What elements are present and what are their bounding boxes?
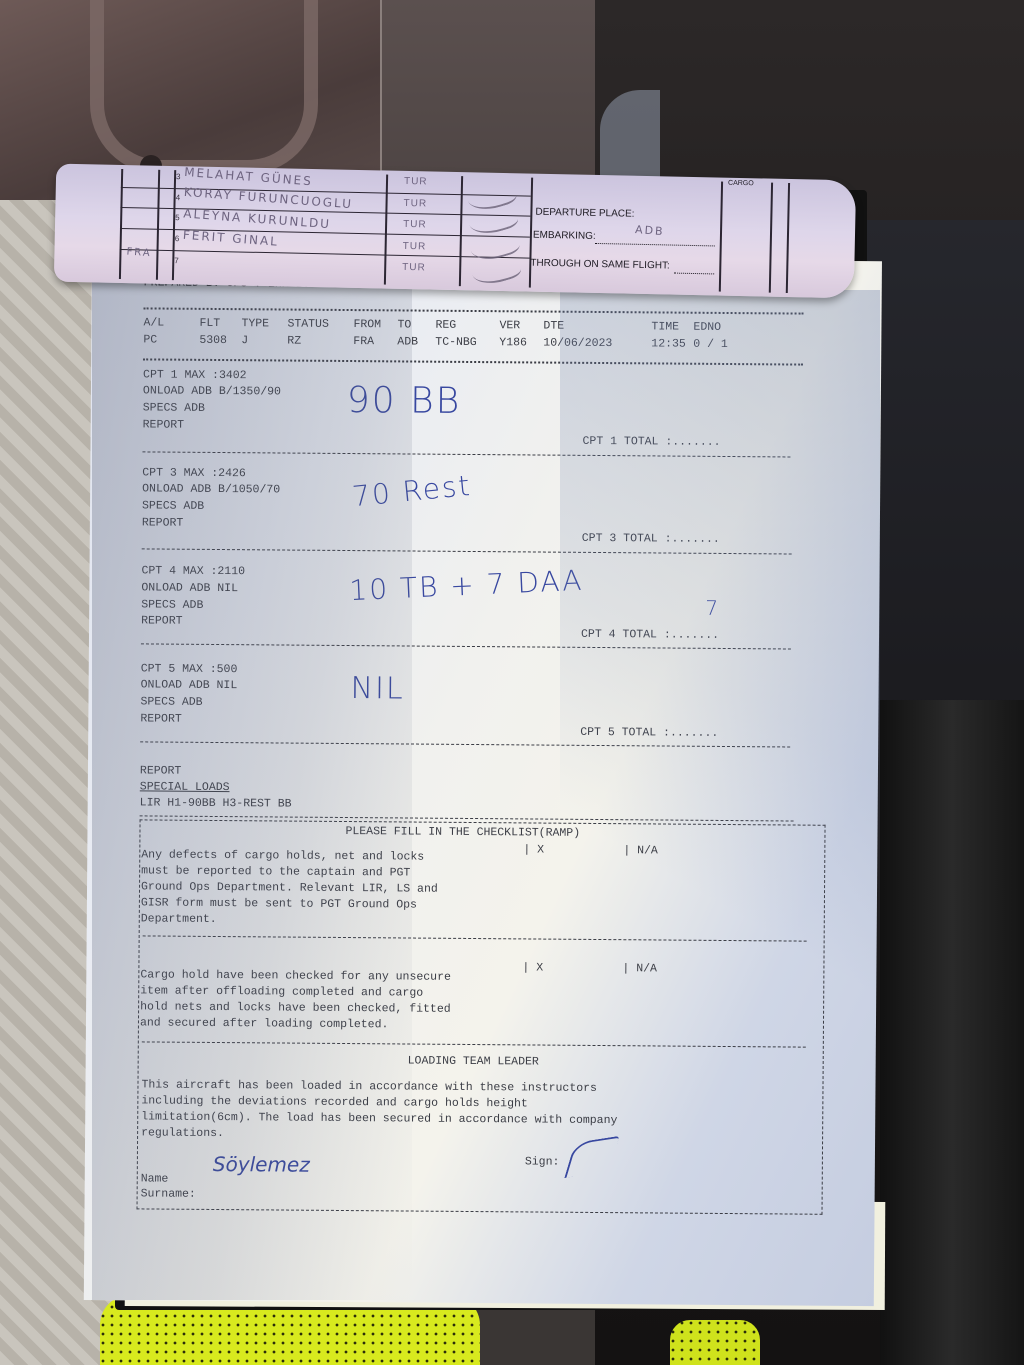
separator bbox=[142, 451, 790, 457]
background-strap bbox=[880, 700, 1024, 1365]
cpt4-handwritten-note: 7 bbox=[705, 600, 720, 617]
background-cabinet bbox=[860, 220, 1024, 720]
hi-vis-vest-fragment bbox=[670, 1320, 760, 1365]
cpt3-onload: ONLOAD ADB B/1050/70 bbox=[142, 481, 280, 499]
value-edno: 0 / 1 bbox=[693, 337, 743, 354]
checklist-item-1-option-na[interactable]: | N/A bbox=[623, 843, 658, 860]
value-dte: 10/06/2023 bbox=[543, 336, 651, 353]
cpt3-report: REPORT bbox=[142, 515, 184, 532]
cpt4-handwritten-entry: 10 TB + 7 DAA bbox=[349, 573, 584, 600]
header-flt: FLT bbox=[199, 316, 241, 333]
flight-value-row: PC 5308 J RZ FRA ADB TC-NBG Y186 10/06/2… bbox=[143, 332, 743, 353]
header-edno: EDNO bbox=[693, 320, 743, 337]
value-al: PC bbox=[143, 332, 199, 349]
cpt5-max: CPT 5 MAX :500 bbox=[141, 661, 238, 678]
cpt1-max: CPT 1 MAX :3402 bbox=[143, 367, 247, 384]
surname-label: Surname: bbox=[141, 1186, 196, 1203]
cpt4-max: CPT 4 MAX :2110 bbox=[141, 563, 245, 580]
passenger-nationality: TUR bbox=[403, 219, 427, 230]
cpt3-handwritten-entry: 70 Rest bbox=[352, 478, 473, 506]
value-from: FRA bbox=[353, 334, 397, 351]
lir-line: LIR H1-90BB H3-REST BB bbox=[140, 795, 292, 813]
checklist-item-2-option-na[interactable]: | N/A bbox=[622, 961, 657, 978]
column-line bbox=[769, 183, 773, 293]
header-to: TO bbox=[397, 317, 435, 334]
column-line bbox=[384, 175, 388, 285]
origin-note: FRA bbox=[126, 246, 152, 259]
team-leader-title: LOADING TEAM LEADER bbox=[408, 1054, 539, 1072]
special-loads-heading: SPECIAL LOADS bbox=[140, 779, 230, 796]
through-flight-line bbox=[674, 273, 714, 275]
header-ver: VER bbox=[499, 318, 543, 335]
embarking-label: EMBARKING: bbox=[533, 230, 596, 242]
cpt3-specs: SPECS ADB bbox=[142, 498, 204, 515]
cpt5-report: REPORT bbox=[140, 711, 182, 728]
header-status: STATUS bbox=[287, 317, 353, 334]
separator bbox=[140, 741, 790, 747]
header-time: TIME bbox=[651, 319, 693, 336]
row-number: 5 bbox=[175, 213, 180, 222]
passenger-nationality: TUR bbox=[403, 241, 427, 252]
checklist-item-1-line-5: Department. bbox=[141, 911, 217, 928]
value-status: RZ bbox=[287, 334, 353, 351]
embarking-line bbox=[595, 243, 715, 247]
value-to: ADB bbox=[397, 334, 435, 351]
embarking-value: ADB bbox=[635, 223, 665, 238]
column-line bbox=[156, 170, 160, 280]
row-number: 6 bbox=[175, 234, 180, 243]
value-reg: TC-NBG bbox=[435, 335, 499, 352]
departure-place-label: DEPARTURE PLACE: bbox=[535, 207, 634, 220]
column-line bbox=[459, 176, 463, 286]
value-type: J bbox=[241, 333, 287, 350]
passenger-nationality: TUR bbox=[402, 262, 426, 273]
header-reg: REG bbox=[435, 318, 499, 335]
cpt5-specs: SPECS ADB bbox=[140, 694, 202, 711]
separator bbox=[142, 548, 792, 554]
statement-line-4: regulations. bbox=[141, 1125, 224, 1142]
header-dte: DTE bbox=[543, 319, 651, 336]
cpt5-onload: ONLOAD ADB NIL bbox=[141, 677, 238, 694]
passenger-nationality: TUR bbox=[404, 176, 428, 187]
checklist-item-2-line-4: and secured after loading completed. bbox=[140, 1015, 389, 1033]
cpt4-total: CPT 4 TOTAL :....... bbox=[581, 627, 719, 645]
passenger-nationality: TUR bbox=[403, 198, 427, 209]
sign-label: Sign: bbox=[525, 1154, 560, 1171]
checklist-item-2-option-x[interactable]: | X bbox=[522, 960, 543, 977]
cpt1-handwritten-entry: 90 BB bbox=[347, 393, 462, 410]
door-handle bbox=[90, 0, 318, 174]
header-al: A/L bbox=[143, 315, 199, 332]
cpt1-report: REPORT bbox=[143, 417, 185, 434]
cpt1-onload: ONLOAD ADB B/1350/90 bbox=[143, 383, 281, 401]
cpt1-specs: SPECS ADB bbox=[143, 400, 205, 417]
cpt5-handwritten-entry: NIL bbox=[351, 681, 405, 698]
row-number: 3 bbox=[176, 172, 181, 181]
value-flt: 5308 bbox=[199, 333, 241, 350]
passenger-name: MELAHAT GÜNES bbox=[184, 165, 313, 188]
cpt4-onload: ONLOAD ADB NIL bbox=[141, 580, 238, 597]
cpt3-total: CPT 3 TOTAL :....... bbox=[582, 531, 720, 549]
column-line bbox=[119, 169, 123, 279]
cpt4-report: REPORT bbox=[141, 613, 183, 630]
value-time: 12:35 bbox=[651, 336, 693, 353]
cargo-label: CARGO bbox=[728, 180, 754, 188]
cpt3-max: CPT 3 MAX :2426 bbox=[142, 465, 246, 482]
report-label: REPORT bbox=[140, 763, 182, 780]
rolled-passenger-manifest: 3 MELAHAT GÜNES TUR 4 KORAY FURUNCUOGLU … bbox=[54, 164, 856, 299]
separator bbox=[141, 643, 791, 649]
name-handwritten: Söylemez bbox=[213, 1156, 310, 1173]
separator bbox=[143, 358, 803, 367]
document-content: PREPARED BY-OPS : EHRLICH A/L FLT TYPE S… bbox=[84, 255, 882, 1306]
row-line bbox=[120, 249, 530, 259]
value-ver: Y186 bbox=[499, 335, 543, 352]
header-type: TYPE bbox=[241, 316, 287, 333]
header-from: FROM bbox=[353, 317, 397, 334]
row-number: 4 bbox=[176, 193, 181, 202]
row-number: 7 bbox=[174, 256, 179, 265]
background-panel bbox=[380, 0, 597, 190]
column-line bbox=[719, 182, 723, 292]
checklist-title: PLEASE FILL IN THE CHECKLIST(RAMP) bbox=[345, 824, 580, 842]
checklist-item-1-option-x[interactable]: | X bbox=[523, 842, 544, 859]
column-line bbox=[786, 183, 790, 293]
cpt4-specs: SPECS ADB bbox=[141, 597, 203, 614]
through-flight-label: THROUGH ON SAME FLIGHT: bbox=[530, 258, 670, 272]
cpt5-total: CPT 5 TOTAL :....... bbox=[580, 725, 718, 743]
cpt1-total: CPT 1 TOTAL :....... bbox=[582, 434, 720, 452]
